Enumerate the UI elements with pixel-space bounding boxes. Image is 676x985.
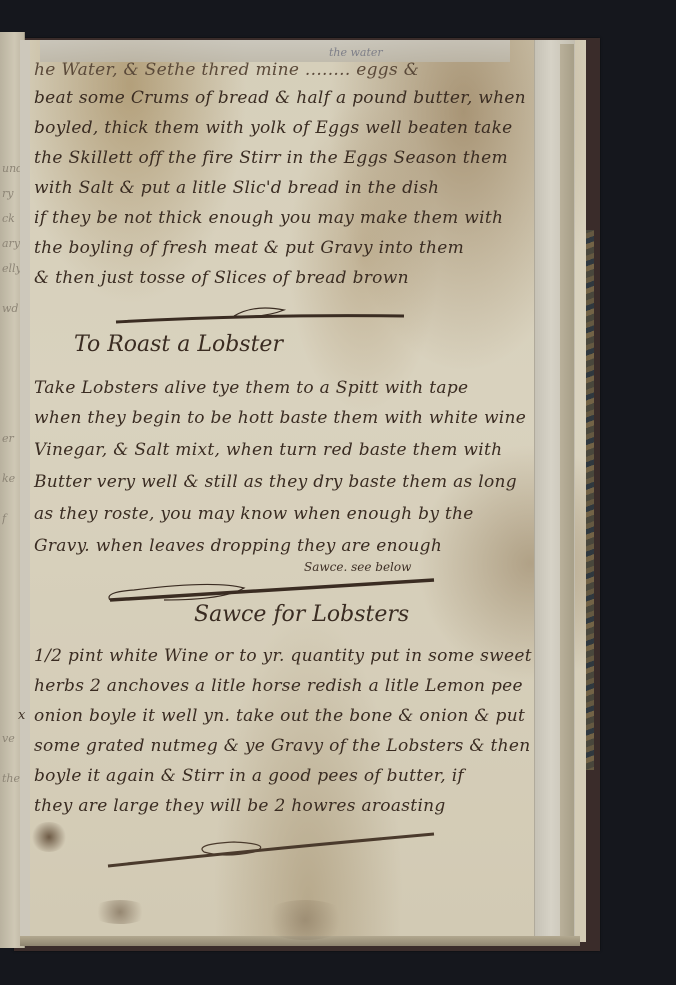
paper-repair-top: [40, 40, 510, 62]
text-line: Take Lobsters alive tye them to a Spitt …: [34, 378, 468, 398]
text-line: he Water, & Sethe thred mine ........ eg…: [34, 60, 419, 80]
ghost-text: wd: [2, 302, 22, 315]
text-line: Vinegar, & Salt mixt, when turn red bast…: [34, 440, 502, 460]
water-stain: [260, 900, 350, 940]
text-line: boyled, thick them with yolk of Eggs wel…: [34, 118, 513, 138]
text-line: as they roste, you may know when enough …: [34, 504, 474, 524]
text-line: with Salt & put a litle Slic'd bread in …: [34, 178, 439, 198]
margin-mark: x: [18, 708, 25, 723]
text-line: beat some Crums of bread & half a pound …: [34, 88, 526, 108]
ink-blot: [30, 822, 68, 852]
text-line: the boyling of fresh meat & put Gravy in…: [34, 238, 464, 258]
text-line: 1/2 pint white Wine or to yr. quantity p…: [34, 646, 532, 666]
text-line: some grated nutmeg & ye Gravy of the Lob…: [34, 736, 531, 756]
text-line: onion boyle it well yn. take out the bon…: [34, 706, 525, 726]
water-stain: [90, 900, 150, 924]
cross-reference-note: Sawce. see below: [304, 560, 411, 574]
ghost-text: ary: [2, 237, 22, 250]
text-line: if they be not thick enough you may make…: [34, 208, 503, 228]
text-line: Gravy. when leaves dropping they are eno…: [34, 536, 442, 556]
text-line: herbs 2 anchoves a litle horse redish a …: [34, 676, 523, 696]
text-line: Butter very well & still as they dry bas…: [34, 472, 517, 492]
section-title: To Roast a Lobster: [74, 332, 283, 357]
divider-flourish: [114, 304, 414, 330]
ghost-text: ve: [2, 732, 22, 745]
ghost-text: elly: [2, 262, 22, 275]
text-line: when they begin to be hott baste them wi…: [34, 408, 526, 428]
top-insertion-note: the water: [329, 46, 383, 59]
ghost-text: ke: [2, 472, 22, 485]
ghost-text: und: [2, 162, 22, 175]
text-line: & then just tosse of Slices of bread bro…: [34, 268, 409, 288]
ghost-text: er: [2, 432, 22, 445]
page-edges: [560, 44, 574, 939]
text-line: boyle it again & Stirr in a good pees of…: [34, 766, 464, 786]
section-title: Sawce for Lobsters: [194, 602, 409, 627]
text-line: they are large they will be 2 howres aro…: [34, 796, 446, 816]
text-line: the Skillett off the fire Stirr in the E…: [34, 148, 508, 168]
ghost-text: ck: [2, 212, 22, 225]
end-flourish: [104, 830, 444, 870]
ghost-text: the: [2, 772, 22, 785]
ghost-text: ry: [2, 187, 22, 200]
ghost-text: f: [2, 512, 22, 525]
